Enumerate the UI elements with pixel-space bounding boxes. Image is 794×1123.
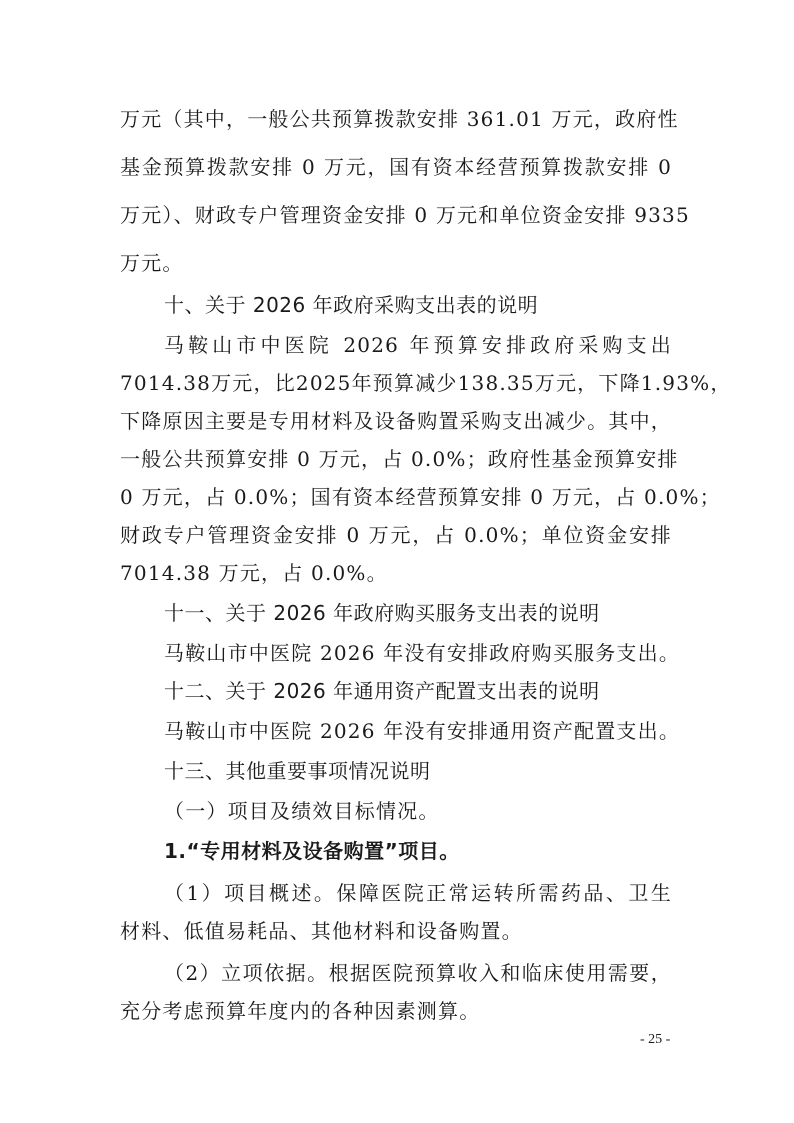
section-heading-12: 十二、关于 2026 年通用资产配置支出表的说明 xyxy=(164,676,672,706)
paragraph-line: 万元）、财政专户管理资金安排 0 万元和单位资金安排 9335 xyxy=(120,200,672,230)
page-number: - 25 - xyxy=(640,1032,670,1048)
section-heading-10: 十、关于 2026 年政府采购支出表的说明 xyxy=(164,290,672,320)
paragraph-line: 马鞍山市中医院 2026 年没有安排通用资产配置支出。 xyxy=(164,716,672,746)
paragraph-line: 7014.38 万元，占 0.0%。 xyxy=(120,558,672,588)
paragraph-line: （1）项目概述。保障医院正常运转所需药品、卫生 xyxy=(164,878,672,908)
subsection-heading: （一）项目及绩效目标情况。 xyxy=(164,796,672,826)
section-heading-11: 十一、关于 2026 年政府购买服务支出表的说明 xyxy=(164,598,672,628)
paragraph-line: （2）立项依据。根据医院预算收入和临床使用需要， xyxy=(164,958,672,988)
paragraph-line: 万元（其中，一般公共预算拨款安排 361.01 万元，政府性 xyxy=(120,104,672,134)
item-title: 1.“专用材料及设备购置”项目。 xyxy=(164,836,672,866)
paragraph-line: 马鞍山市中医院 2026 年预算安排政府采购支出 xyxy=(164,330,672,360)
paragraph-line: 0 万元，占 0.0%；国有资本经营预算安排 0 万元，占 0.0%； xyxy=(120,482,672,512)
paragraph-line: 基金预算拨款安排 0 万元，国有资本经营预算拨款安排 0 xyxy=(120,152,672,182)
paragraph-line: 充分考虑预算年度内的各种因素测算。 xyxy=(120,996,672,1026)
paragraph-line: 7014.38万元，比2025年预算减少138.35万元，下降1.93%， xyxy=(120,368,672,398)
paragraph-line: 万元。 xyxy=(120,248,672,278)
paragraph-line: 下降原因主要是专用材料及设备购置采购支出减少。其中， xyxy=(120,406,672,436)
section-heading-13: 十三、其他重要事项情况说明 xyxy=(164,756,672,786)
paragraph-line: 财政专户管理资金安排 0 万元，占 0.0%；单位资金安排 xyxy=(120,520,672,550)
paragraph-line: 材料、低值易耗品、其他材料和设备购置。 xyxy=(120,916,672,946)
paragraph-line: 马鞍山市中医院 2026 年没有安排政府购买服务支出。 xyxy=(164,638,672,668)
paragraph-line: 一般公共预算安排 0 万元，占 0.0%；政府性基金预算安排 xyxy=(120,444,672,474)
